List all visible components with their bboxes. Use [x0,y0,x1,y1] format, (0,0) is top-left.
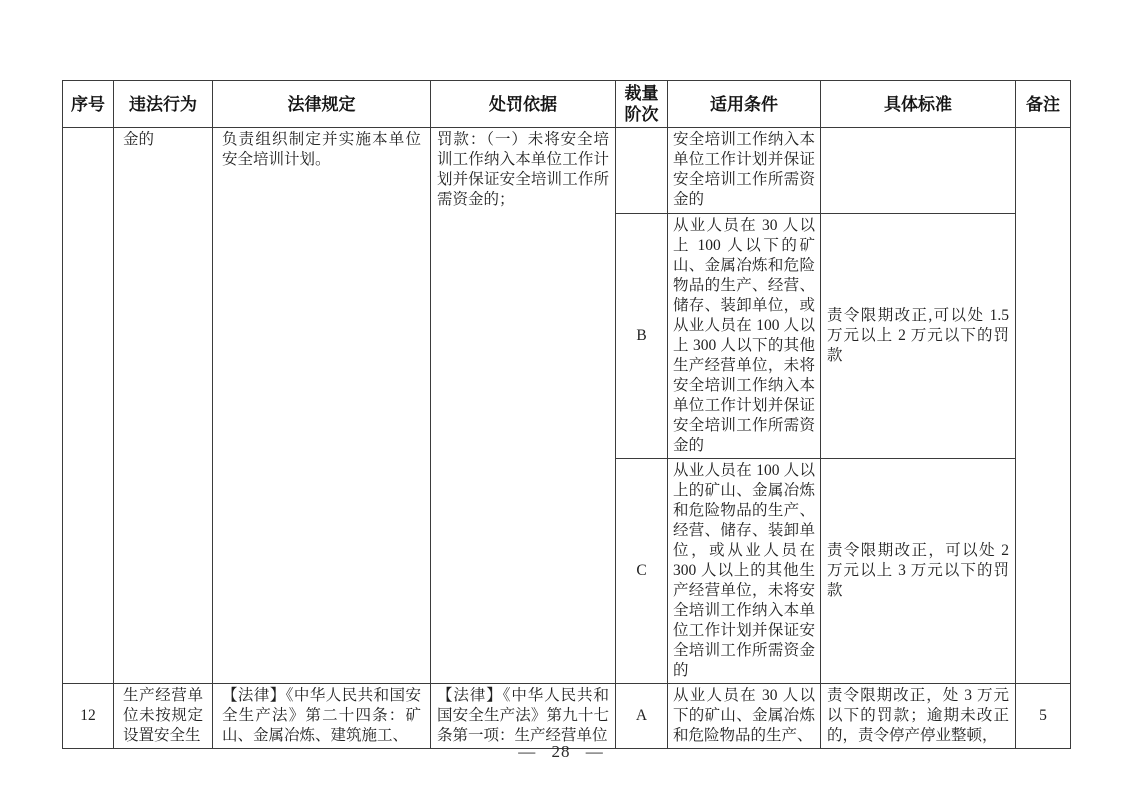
cell-biaozhun-12: 责令限期改正，处 3 万元以下的罚款；逾期未改正的，责令停产停业整顿， [821,684,1016,749]
cell-biaozhun-b: 责令限期改正,可以处 1.5 万元以上 2 万元以下的罚款 [821,214,1016,459]
cell-beizhu-empty [1016,128,1071,684]
col-header-xuhao: 序号 [63,81,114,128]
cell-jieci-c: C [616,459,668,684]
document-page: 序号 违法行为 法律规定 处罚依据 裁量阶次 适用条件 具体标准 备注 金的 负… [0,0,1122,793]
cell-biaozhun-sub1 [821,128,1016,214]
cell-chufa-12: 【法律】《中华人民共和国安全生产法》第九十七条第一项：生产经营单位 [431,684,616,749]
penalty-discretion-table: 序号 违法行为 法律规定 处罚依据 裁量阶次 适用条件 具体标准 备注 金的 负… [62,80,1071,749]
table-row: 12 生产经营单位未按规定设置安全生 【法律】《中华人民共和国安全生产法》第二十… [63,684,1071,749]
col-header-shiyongtiaojian: 适用条件 [668,81,821,128]
cell-jieci-sub1 [616,128,668,214]
col-header-jutibiaozhun: 具体标准 [821,81,1016,128]
cell-shiyong-c: 从业人员在 100 人以上的矿山、金属冶炼和危险物品的生产、经营、储存、装卸单位… [668,459,821,684]
col-header-beizhu: 备注 [1016,81,1071,128]
col-header-weifaxingwei: 违法行为 [114,81,213,128]
cell-shiyong-12: 从业人员在 30 人以下的矿山、金属冶炼和危险物品的生产、 [668,684,821,749]
cell-chufa-yiju: 罚款：（一）未将安全培训工作纳入本单位工作计划并保证安全培训工作所需资金的； [431,128,616,684]
cell-falv-guiding: 负责组织制定并实施本单位安全培训计划。 [213,128,431,684]
cell-falv-12: 【法律】《中华人民共和国安全生产法》第二十四条：矿山、金属冶炼、建筑施工、 [213,684,431,749]
cell-xuhao-empty [63,128,114,684]
table-header-row: 序号 违法行为 法律规定 处罚依据 裁量阶次 适用条件 具体标准 备注 [63,81,1071,128]
col-header-chufayiju: 处罚依据 [431,81,616,128]
table-row: 金的 负责组织制定并实施本单位安全培训计划。 罚款：（一）未将安全培训工作纳入本… [63,128,1071,214]
cell-xuhao-12: 12 [63,684,114,749]
cell-shiyong-b: 从业人员在 30 人以上 100 人以下的矿山、金属冶炼和危险物品的生产、经营、… [668,214,821,459]
page-number: — 28 — [0,742,1122,762]
cell-shiyong-sub1: 安全培训工作纳入本单位工作计划并保证安全培训工作所需资金的 [668,128,821,214]
cell-weifa-continuation: 金的 [114,128,213,684]
cell-weifa-12: 生产经营单位未按规定设置安全生 [114,684,213,749]
cell-biaozhun-c: 责令限期改正，可以处 2 万元以上 3 万元以下的罚款 [821,459,1016,684]
col-header-cailiangjieci: 裁量阶次 [616,81,668,128]
cell-jieci-12: A [616,684,668,749]
cell-beizhu-12: 5 [1016,684,1071,749]
cell-jieci-b: B [616,214,668,459]
col-header-falvguiding: 法律规定 [213,81,431,128]
